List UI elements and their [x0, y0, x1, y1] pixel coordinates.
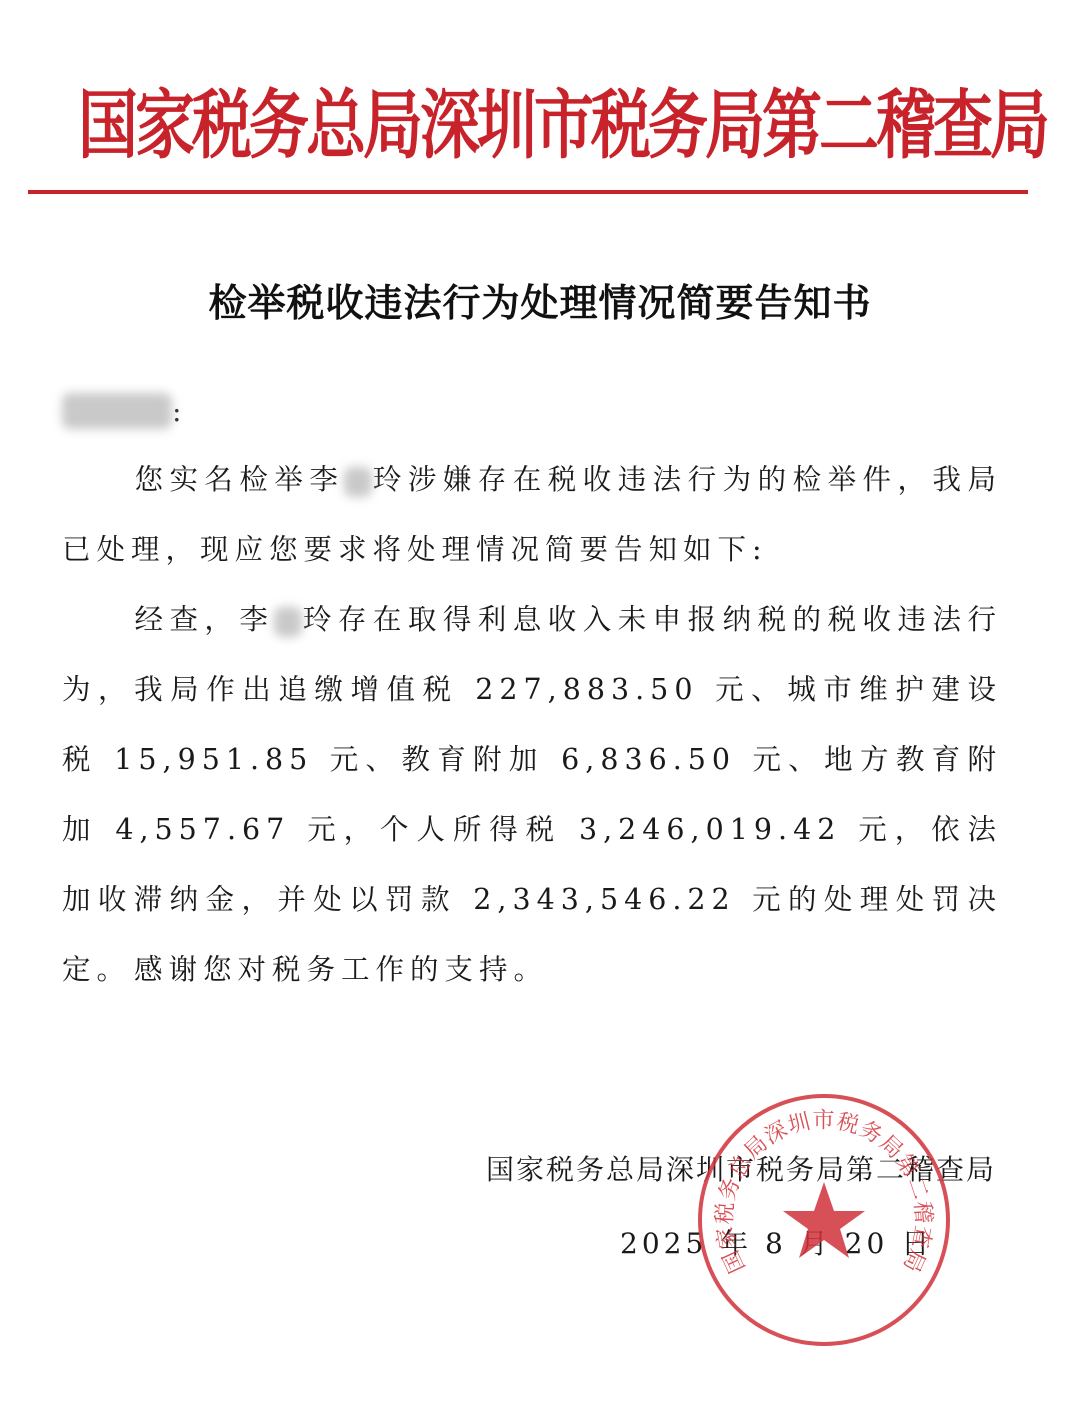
salutation: :	[62, 393, 181, 429]
agency-letterhead: 国家税务总局深圳市税务局第二稽查局	[78, 66, 998, 174]
official-seal-icon: 国家税务总局深圳市税务局第二稽查局	[694, 1090, 954, 1350]
redacted-name-char	[274, 607, 302, 637]
paragraph-report-ack: 您实名检举李玲涉嫌存在税收违法行为的检举件，我局已处理，现应您要求将处理情况简要…	[62, 445, 1002, 585]
issue-date: 2025 年 8 月 20 日	[620, 1222, 933, 1262]
redacted-name-char	[344, 467, 372, 497]
paragraph-thanks: 感谢您对税务工作的支持。	[62, 935, 1002, 1005]
redacted-recipient-name	[62, 393, 172, 429]
document-title: 检举税收违法行为处理情况简要告知书	[0, 272, 1080, 327]
signature-agency: 国家税务总局深圳市税务局第二稽查局	[486, 1148, 996, 1188]
letterhead-divider	[28, 190, 1028, 194]
salutation-colon: :	[172, 395, 181, 428]
